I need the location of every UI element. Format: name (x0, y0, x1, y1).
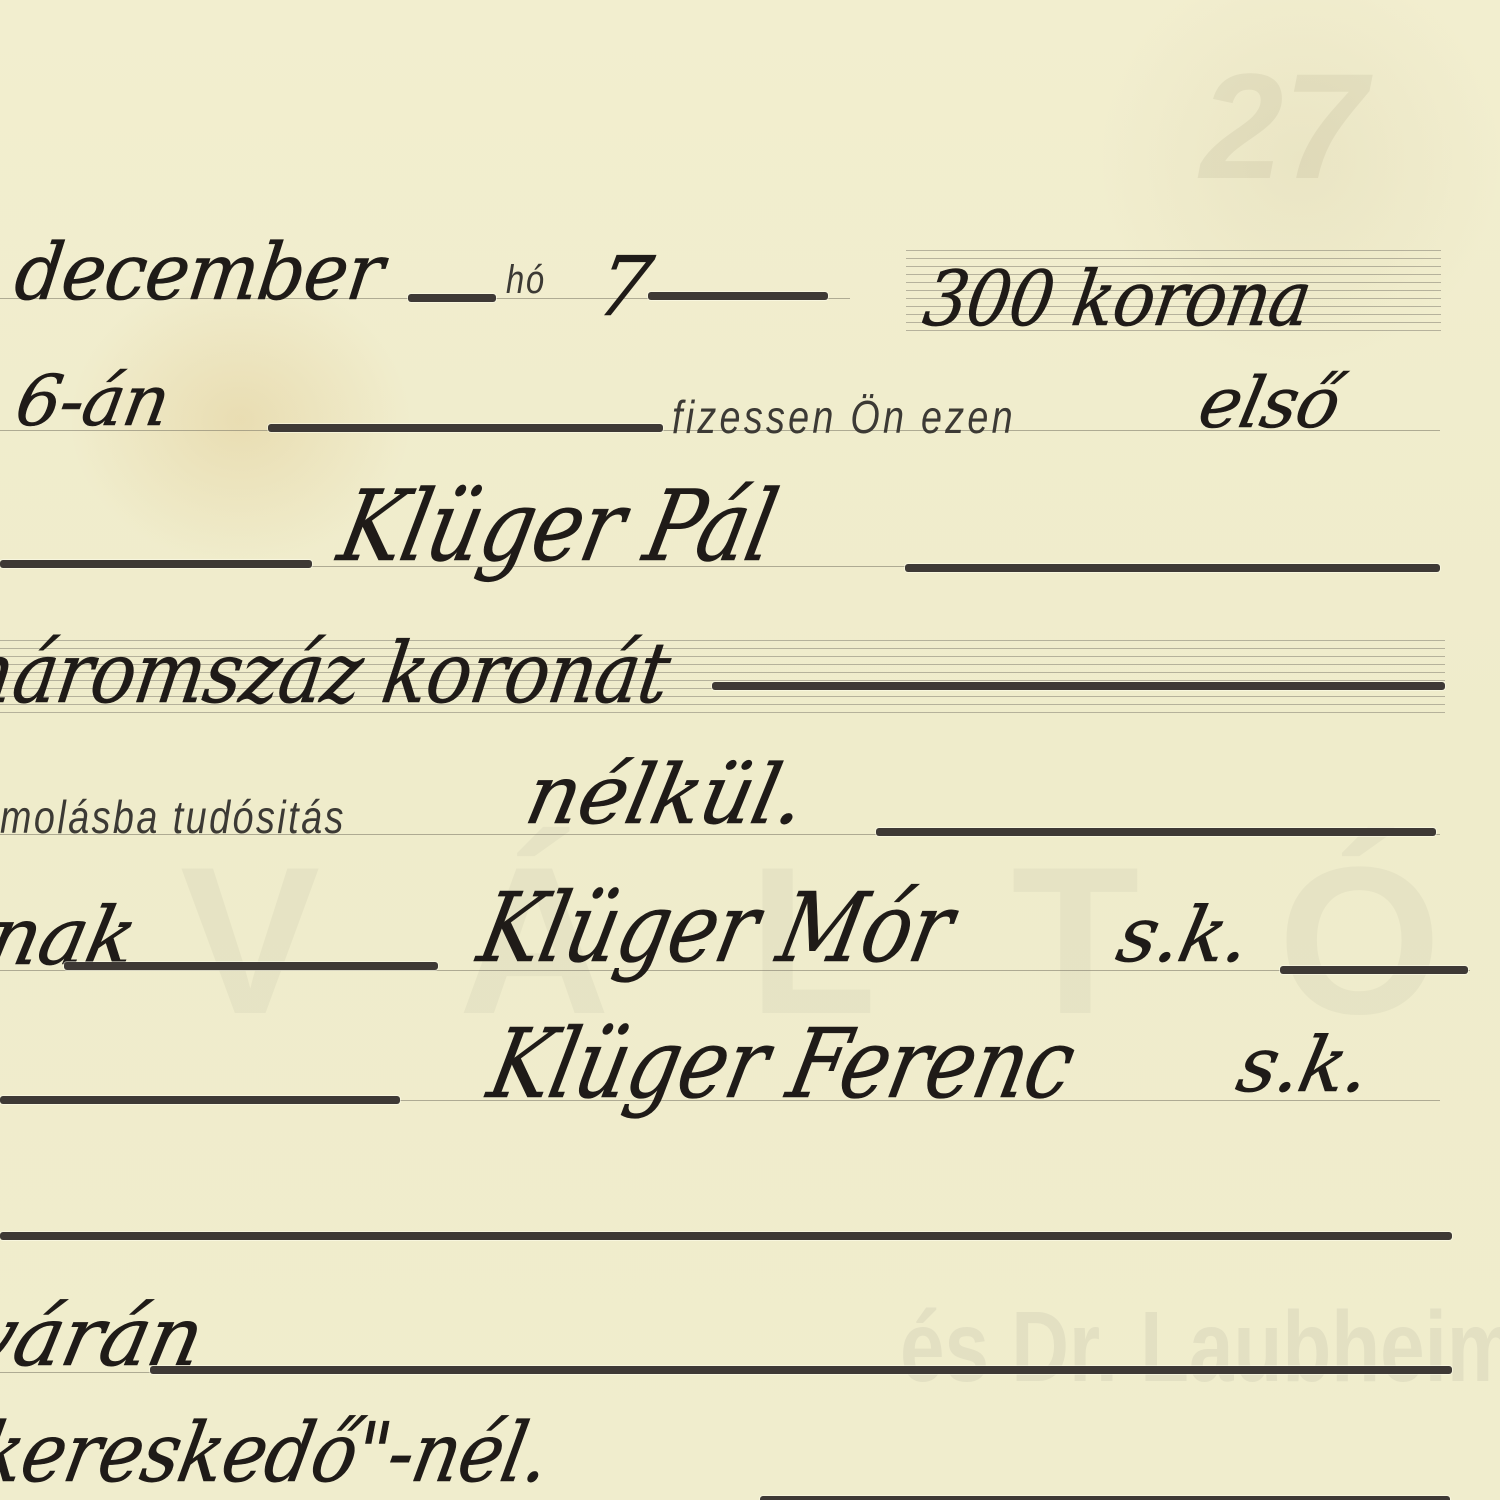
fill-line-payee-right (905, 564, 1440, 572)
signature-1-suffix: s.k. (1110, 890, 1258, 979)
fill-line-signer-2-left (0, 1096, 400, 1104)
handwritten-elso: első (1192, 362, 1347, 444)
signature-2-name: Klüger Ferenc (480, 1008, 1084, 1120)
handwritten-amount-words: háromszáz koronát (0, 624, 676, 722)
signature-1-name: Klüger Mór (470, 872, 962, 984)
fill-line-notice (876, 828, 1436, 836)
printed-label-fizessen: fizessen Ön ezen (672, 390, 1016, 444)
fill-line-issuer (760, 1496, 1450, 1500)
fill-line-day (648, 292, 828, 300)
fill-line-month (408, 294, 496, 302)
fill-line-place (150, 1366, 1452, 1374)
printed-label-tudositas: molásba tudósitás (0, 790, 346, 844)
handwritten-month: december (10, 228, 388, 318)
fill-line-signer-1-right (1280, 966, 1468, 974)
fill-line-blank (0, 1232, 1452, 1240)
fill-line-amount-words (712, 682, 1445, 690)
corner-mark: 27 (1200, 40, 1367, 213)
handwritten-day: 7 (590, 240, 658, 335)
handwritten-amount: 300 korona (918, 254, 1317, 343)
printed-label-ho: hó (506, 258, 546, 303)
handwritten-nelkul: nélkül. (518, 748, 814, 843)
fill-line-signer-1-left (64, 962, 438, 970)
reverse-print-text: és Dr. Laubheimer (900, 1290, 1500, 1405)
fill-line-payee-left (0, 560, 312, 568)
fill-line-due (268, 424, 663, 432)
handwritten-due-fragment: 6-án (10, 360, 175, 442)
handwritten-issuer-fragment: kereskedő"-nél. (0, 1406, 557, 1500)
signature-2-suffix: s.k. (1230, 1020, 1378, 1109)
handwritten-payee: Klüger Pál (330, 470, 786, 584)
